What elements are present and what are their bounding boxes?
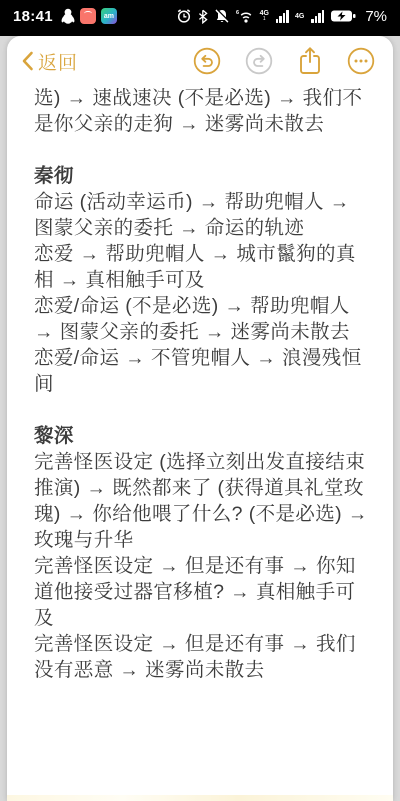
section-heading-lishen: 黎深 xyxy=(34,423,369,449)
wifi6-icon: 6 xyxy=(236,9,254,24)
svg-text:6: 6 xyxy=(236,10,239,16)
mail-app-icon xyxy=(80,8,96,24)
signal-bars-sim1: 4G 1 xyxy=(260,10,269,22)
note-paragraph: 选) → 速战速决 (不是必选) → 我们不是你父亲的走狗 → 迷雾尚未散去 xyxy=(34,88,369,137)
battery-charging-icon xyxy=(330,9,357,23)
note-paragraph: 恋爱/命运 (不是必选) → 帮助兜帽人 → 图蒙父亲的委托 → 迷雾尚未散去 xyxy=(34,293,369,345)
note-paragraph: 恋爱/命运 → 不管兜帽人 → 浪漫残恒间 xyxy=(34,345,369,397)
chevron-left-icon xyxy=(21,51,34,71)
more-icon[interactable] xyxy=(347,47,375,75)
alarm-clock-icon xyxy=(176,8,192,24)
notification-icons: am xyxy=(61,8,117,24)
system-status-icons: 6 4G 1 4G xyxy=(176,8,387,25)
note-toolbar: 返回 xyxy=(7,36,393,86)
section-heading-qinche: 秦彻 xyxy=(34,163,369,189)
back-button-label: 返回 xyxy=(38,48,78,75)
share-icon[interactable] xyxy=(297,46,323,76)
status-bar: 18:41 am xyxy=(0,0,400,36)
note-paragraph: 命运 (活动幸运币) → 帮助兜帽人 → 图蒙父亲的委托 → 命运的轨迹 xyxy=(34,189,369,241)
note-paragraph: 完善怪医设定 (选择立刻出发直接结束推演) → 既然都来了 (获得道具礼堂玫瑰)… xyxy=(34,449,369,553)
note-paragraph: 恋爱 → 帮助兜帽人 → 城市鬣狗的真相 → 真相触手可及 xyxy=(34,241,369,293)
signal-bars-sim1-bars xyxy=(276,10,289,23)
signal-bars-sim2-bars xyxy=(311,10,324,23)
note-paragraph: 完善怪医设定 → 但是还有事 → 我们没有恶意 → 迷雾尚未散去 xyxy=(34,631,369,683)
note-body[interactable]: 选) → 速战速决 (不是必选) → 我们不是你父亲的走狗 → 迷雾尚未散去 秦… xyxy=(7,88,393,795)
gradient-am-app-icon: am xyxy=(101,8,117,24)
signal-bars-sim2: 4G xyxy=(295,13,304,20)
bluetooth-icon xyxy=(198,9,208,24)
qq-penguin-icon xyxy=(61,8,75,24)
undo-icon[interactable] xyxy=(193,47,221,75)
back-button[interactable]: 返回 xyxy=(21,48,78,75)
note-paragraph: 完善怪医设定 → 但是还有事 → 你知道他接受过器官移植? → 真相触手可及 xyxy=(34,553,369,631)
redo-icon[interactable] xyxy=(245,47,273,75)
phone-screen: 18:41 am xyxy=(0,0,400,801)
clock-time: 18:41 xyxy=(13,8,53,25)
bottom-accessory-strip xyxy=(7,795,393,801)
battery-percent: 7% xyxy=(365,8,387,25)
note-card: 返回 xyxy=(7,36,393,801)
mute-bell-icon xyxy=(214,8,230,24)
